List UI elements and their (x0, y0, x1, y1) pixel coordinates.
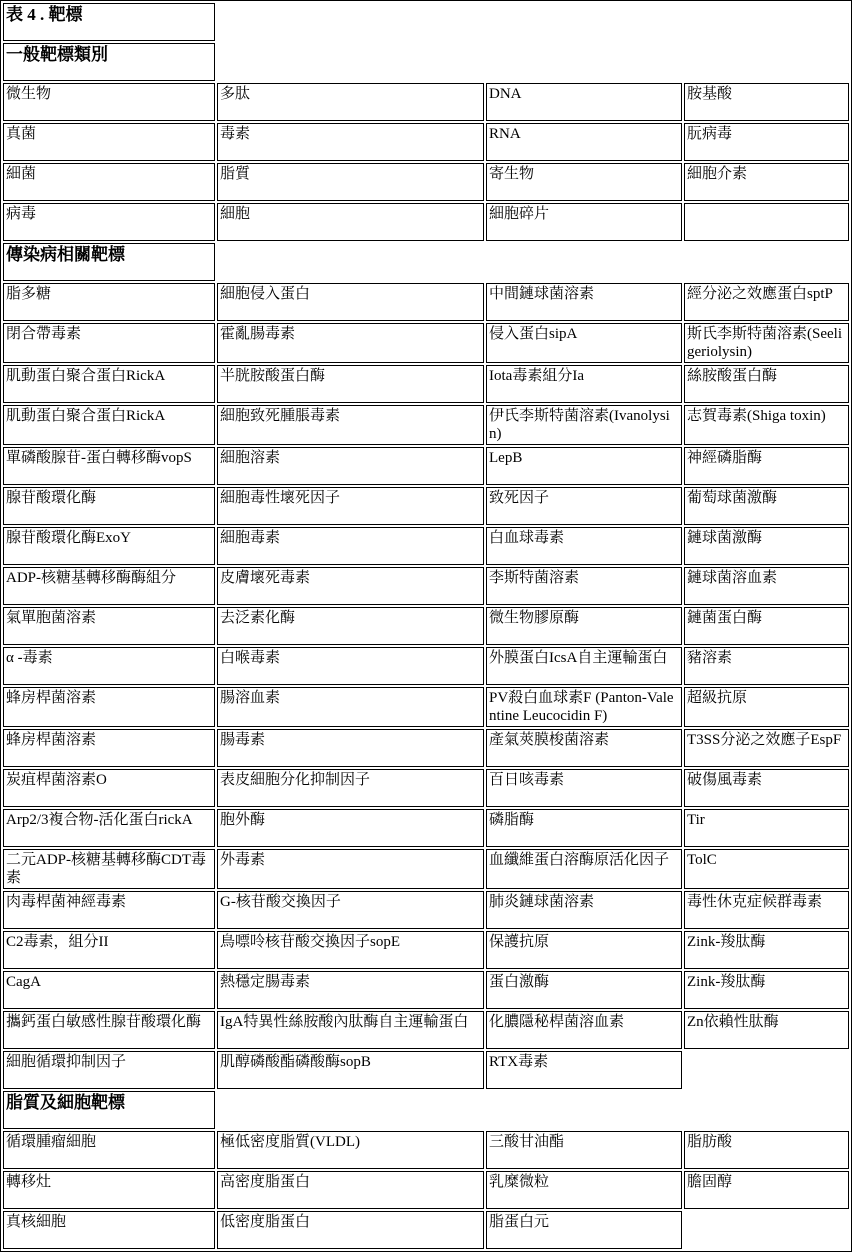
table-cell: 白血球毒素 (486, 527, 682, 565)
table-cell: 低密度脂蛋白 (217, 1211, 484, 1249)
empty-region (684, 43, 849, 81)
table-cell: 蜂房桿菌溶素 (3, 687, 215, 727)
table-cell: 細胞毒性壞死因子 (217, 487, 484, 525)
targets-table-body: 表 4 . 靶標一般靶標類別微生物多肽DNA胺基酸真菌毒素RNA朊病毒細菌脂質寄… (3, 3, 849, 1249)
table-cell: 細胞致死腫脹毒素 (217, 405, 484, 445)
table-title: 表 4 . 靶標 (3, 3, 215, 41)
table-row: 炭疽桿菌溶素O表皮細胞分化抑制因子百日咳毒素破傷風毒素 (3, 769, 849, 807)
table-cell: 李斯特菌溶素 (486, 567, 682, 605)
table-row: 脂多糖細胞侵入蛋白中間鏈球菌溶素經分泌之效應蛋白sptP (3, 283, 849, 321)
table-row: 真核細胞低密度脂蛋白脂蛋白元 (3, 1211, 849, 1249)
table-row: 細菌脂質寄生物細胞介素 (3, 163, 849, 201)
table-cell: 腺苷酸環化酶 (3, 487, 215, 525)
empty-region (217, 243, 484, 281)
table-cell: 脂肪酸 (684, 1131, 849, 1169)
targets-table: 表 4 . 靶標一般靶標類別微生物多肽DNA胺基酸真菌毒素RNA朊病毒細菌脂質寄… (0, 0, 852, 1252)
table-cell: 葡萄球菌激酶 (684, 487, 849, 525)
table-row: 蜂房桿菌溶素腸毒素產氣莢膜梭菌溶素T3SS分泌之效應子EspF (3, 729, 849, 767)
table-cell: CagA (3, 971, 215, 1009)
table-cell: 毒性休克症候群毒素 (684, 891, 849, 929)
table-cell: 斯氏李斯特菌溶素(Seeligeriolysin) (684, 323, 849, 363)
table-cell: 磷脂酶 (486, 809, 682, 847)
table-cell: 絲胺酸蛋白酶 (684, 365, 849, 403)
table-cell (684, 203, 849, 241)
table-cell: 脂多糖 (3, 283, 215, 321)
table-row: 單磷酸腺苷-蛋白轉移酶vopS細胞溶素LepB神經磷脂酶 (3, 447, 849, 485)
table-cell: RTX毒素 (486, 1051, 682, 1089)
table-cell: 氣單胞菌溶素 (3, 607, 215, 645)
table-cell: IgA特異性絲胺酸內肽酶自主運輸蛋白 (217, 1011, 484, 1049)
table-cell: 高密度脂蛋白 (217, 1171, 484, 1209)
empty-region (217, 3, 484, 41)
title-row: 表 4 . 靶標 (3, 3, 849, 41)
table-cell: 半胱胺酸蛋白酶 (217, 365, 484, 403)
table-cell: 膽固醇 (684, 1171, 849, 1209)
table-cell: 破傷風毒素 (684, 769, 849, 807)
table-row: 真菌毒素RNA朊病毒 (3, 123, 849, 161)
table-cell: 單磷酸腺苷-蛋白轉移酶vopS (3, 447, 215, 485)
table-cell: 三酸甘油酯 (486, 1131, 682, 1169)
table-cell: 豬溶素 (684, 647, 849, 685)
table-cell: 細胞碎片 (486, 203, 682, 241)
table-cell: 攜鈣蛋白敏感性腺苷酸環化酶 (3, 1011, 215, 1049)
table-cell: 朊病毒 (684, 123, 849, 161)
section-header: 一般靶標類別 (3, 43, 215, 81)
table-cell: 血纖維蛋白溶酶原活化因子 (486, 849, 682, 889)
table-cell: 乳糜微粒 (486, 1171, 682, 1209)
table-row: Arp2/3複合物-活化蛋白rickA胞外酶磷脂酶Tir (3, 809, 849, 847)
table-row: 腺苷酸環化酶細胞毒性壞死因子致死因子葡萄球菌激酶 (3, 487, 849, 525)
table-row: 轉移灶高密度脂蛋白乳糜微粒膽固醇 (3, 1171, 849, 1209)
empty-region (684, 1211, 849, 1249)
table-cell: 脂質 (217, 163, 484, 201)
empty-region (217, 1091, 484, 1129)
empty-region (486, 43, 682, 81)
table-cell: 百日咳毒素 (486, 769, 682, 807)
table-cell: 細胞循環抑制因子 (3, 1051, 215, 1089)
table-cell: 肺炎鏈球菌溶素 (486, 891, 682, 929)
table-cell: Arp2/3複合物-活化蛋白rickA (3, 809, 215, 847)
table-cell: 脂蛋白元 (486, 1211, 682, 1249)
table-cell: 皮膚壞死毒素 (217, 567, 484, 605)
table-cell: 白喉毒素 (217, 647, 484, 685)
table-cell: 肌醇磷酸酯磷酸酶sopB (217, 1051, 484, 1089)
table-cell: 肌動蛋白聚合蛋白RickA (3, 365, 215, 403)
table-cell: 鏈菌蛋白酶 (684, 607, 849, 645)
empty-region (486, 243, 682, 281)
table-row: 肌動蛋白聚合蛋白RickA細胞致死腫脹毒素伊氏李斯特菌溶素(Ivanolysin… (3, 405, 849, 445)
table-cell: 保護抗原 (486, 931, 682, 969)
table-cell: 表皮細胞分化抑制因子 (217, 769, 484, 807)
table-cell: ADP-核糖基轉移酶酶組分 (3, 567, 215, 605)
table-cell: 志賀毒素(Shiga toxin) (684, 405, 849, 445)
table-cell: 鳥嘌呤核苷酸交換因子sopE (217, 931, 484, 969)
table-row: 閉合帶毒素霍亂腸毒素侵入蛋白sipA斯氏李斯特菌溶素(Seeligeriolys… (3, 323, 849, 363)
table-cell: 腺苷酸環化酶ExoY (3, 527, 215, 565)
table-row: 循環腫瘤細胞極低密度脂質(VLDL)三酸甘油酯脂肪酸 (3, 1131, 849, 1169)
table-cell: TolC (684, 849, 849, 889)
table-cell: 超級抗原 (684, 687, 849, 727)
table-cell: 寄生物 (486, 163, 682, 201)
table-cell: 腸溶血素 (217, 687, 484, 727)
table-cell: 炭疽桿菌溶素O (3, 769, 215, 807)
table-row: 微生物多肽DNA胺基酸 (3, 83, 849, 121)
table-cell: 去泛素化酶 (217, 607, 484, 645)
table-cell: 極低密度脂質(VLDL) (217, 1131, 484, 1169)
table-row: 蜂房桿菌溶素腸溶血素PV殺白血球素F (Panton-Valentine Leu… (3, 687, 849, 727)
table-cell: C2毒素，組分II (3, 931, 215, 969)
table-cell: PV殺白血球素F (Panton-Valentine Leucocidin F) (486, 687, 682, 727)
table-cell: 胺基酸 (684, 83, 849, 121)
table-cell: 侵入蛋白sipA (486, 323, 682, 363)
table-cell: 神經磷脂酶 (684, 447, 849, 485)
table-cell: Zink-羧肽酶 (684, 931, 849, 969)
table-cell: 病毒 (3, 203, 215, 241)
table-cell: α -毒素 (3, 647, 215, 685)
empty-region (684, 3, 849, 41)
table-cell: Zink-羧肽酶 (684, 971, 849, 1009)
table-cell: 經分泌之效應蛋白sptP (684, 283, 849, 321)
table-cell: 致死因子 (486, 487, 682, 525)
table-cell: 循環腫瘤細胞 (3, 1131, 215, 1169)
section-row: 脂質及細胞靶標 (3, 1091, 849, 1129)
table-cell: 蜂房桿菌溶素 (3, 729, 215, 767)
section-row: 一般靶標類別 (3, 43, 849, 81)
table-cell: 蛋白激酶 (486, 971, 682, 1009)
table-cell: 胞外酶 (217, 809, 484, 847)
table-cell: 鏈球菌溶血素 (684, 567, 849, 605)
empty-region (217, 43, 484, 81)
empty-region (684, 243, 849, 281)
table-cell: 真菌 (3, 123, 215, 161)
table-cell: 多肽 (217, 83, 484, 121)
table-row: CagA熱穩定腸毒素蛋白激酶Zink-羧肽酶 (3, 971, 849, 1009)
table-cell: 閉合帶毒素 (3, 323, 215, 363)
table-cell: 細胞毒素 (217, 527, 484, 565)
table-row: 氣單胞菌溶素去泛素化酶微生物膠原酶鏈菌蛋白酶 (3, 607, 849, 645)
table-cell: 中間鏈球菌溶素 (486, 283, 682, 321)
table-cell: 肉毒桿菌神經毒素 (3, 891, 215, 929)
table-row: 細胞循環抑制因子肌醇磷酸酯磷酸酶sopBRTX毒素 (3, 1051, 849, 1089)
table-cell: Zn依賴性肽酶 (684, 1011, 849, 1049)
table-row: 肉毒桿菌神經毒素G-核苷酸交換因子肺炎鏈球菌溶素毒性休克症候群毒素 (3, 891, 849, 929)
table-row: 腺苷酸環化酶ExoY細胞毒素白血球毒素鏈球菌激酶 (3, 527, 849, 565)
table-cell: 霍亂腸毒素 (217, 323, 484, 363)
table-cell: Tir (684, 809, 849, 847)
table-cell: 化膿隱秘桿菌溶血素 (486, 1011, 682, 1049)
table-cell: 外毒素 (217, 849, 484, 889)
table-row: 攜鈣蛋白敏感性腺苷酸環化酶IgA特異性絲胺酸內肽酶自主運輸蛋白化膿隱秘桿菌溶血素… (3, 1011, 849, 1049)
table-cell: LepB (486, 447, 682, 485)
table-cell: 細胞侵入蛋白 (217, 283, 484, 321)
section-header: 傳染病相關靶標 (3, 243, 215, 281)
table-cell: 伊氏李斯特菌溶素(Ivanolysin) (486, 405, 682, 445)
table-cell: DNA (486, 83, 682, 121)
table-cell: 產氣莢膜梭菌溶素 (486, 729, 682, 767)
empty-region (684, 1051, 849, 1089)
empty-region (486, 3, 682, 41)
table-cell: 細胞介素 (684, 163, 849, 201)
table-cell: G-核苷酸交換因子 (217, 891, 484, 929)
table-cell: 微生物膠原酶 (486, 607, 682, 645)
section-row: 傳染病相關靶標 (3, 243, 849, 281)
table-cell: 熱穩定腸毒素 (217, 971, 484, 1009)
table-row: 二元ADP-核糖基轉移酶CDT毒素外毒素血纖維蛋白溶酶原活化因子TolC (3, 849, 849, 889)
table-row: ADP-核糖基轉移酶酶組分皮膚壞死毒素李斯特菌溶素鏈球菌溶血素 (3, 567, 849, 605)
table-cell: 轉移灶 (3, 1171, 215, 1209)
table-cell: 肌動蛋白聚合蛋白RickA (3, 405, 215, 445)
section-header: 脂質及細胞靶標 (3, 1091, 215, 1129)
table-cell: T3SS分泌之效應子EspF (684, 729, 849, 767)
table-cell: Iota毒素組分Ia (486, 365, 682, 403)
empty-region (684, 1091, 849, 1129)
table-cell: 細胞 (217, 203, 484, 241)
empty-region (486, 1091, 682, 1129)
table-row: 病毒細胞細胞碎片 (3, 203, 849, 241)
table-cell: 鏈球菌激酶 (684, 527, 849, 565)
table-cell: RNA (486, 123, 682, 161)
table-row: 肌動蛋白聚合蛋白RickA半胱胺酸蛋白酶Iota毒素組分Ia絲胺酸蛋白酶 (3, 365, 849, 403)
table-cell: 細菌 (3, 163, 215, 201)
table-row: α -毒素白喉毒素外膜蛋白IcsA自主運輸蛋白豬溶素 (3, 647, 849, 685)
table-cell: 二元ADP-核糖基轉移酶CDT毒素 (3, 849, 215, 889)
table-cell: 毒素 (217, 123, 484, 161)
table-cell: 真核細胞 (3, 1211, 215, 1249)
table-cell: 腸毒素 (217, 729, 484, 767)
table-row: C2毒素，組分II鳥嘌呤核苷酸交換因子sopE保護抗原Zink-羧肽酶 (3, 931, 849, 969)
table-cell: 微生物 (3, 83, 215, 121)
table-cell: 細胞溶素 (217, 447, 484, 485)
table-cell: 外膜蛋白IcsA自主運輸蛋白 (486, 647, 682, 685)
